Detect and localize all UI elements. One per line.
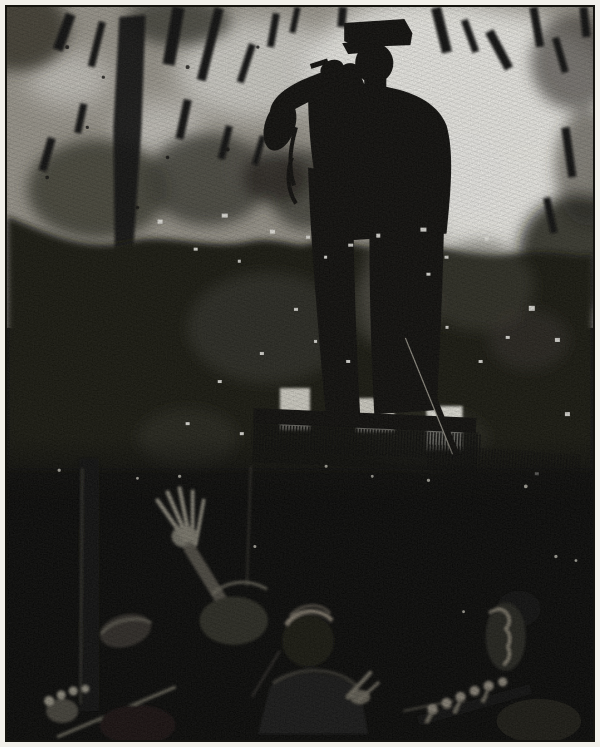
engraving-plate bbox=[5, 5, 595, 742]
hatch-texture-b bbox=[7, 7, 593, 740]
engraving-illustration bbox=[7, 7, 593, 740]
page-margin bbox=[0, 0, 600, 747]
